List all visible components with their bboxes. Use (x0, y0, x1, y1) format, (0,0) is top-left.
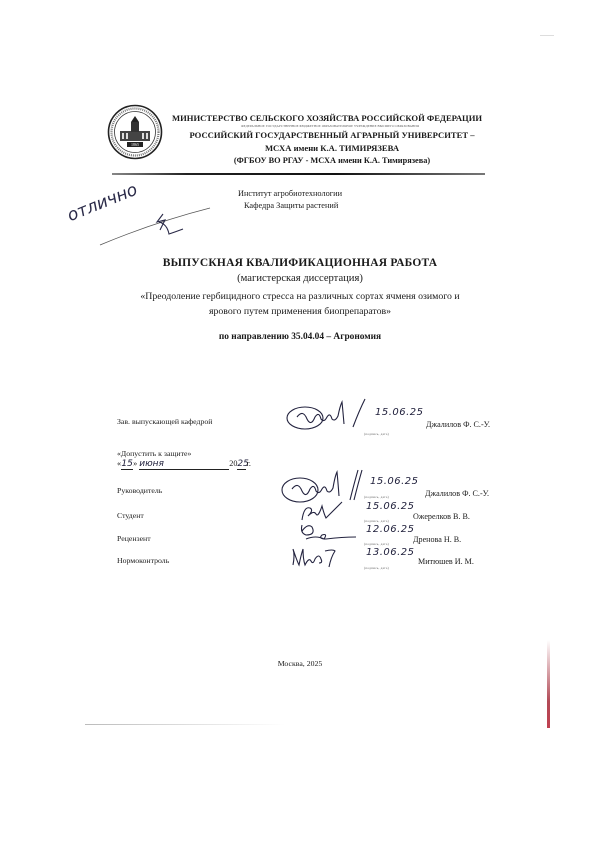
admit-day: 15 (121, 459, 133, 470)
admit-year-prefix: 20 (229, 459, 237, 468)
reviewer-name: Дренова Н. В. (413, 535, 461, 544)
scan-edge-mark (547, 640, 550, 728)
head-signature-date: 15.06.25 (375, 407, 424, 418)
ministry-name: МИНИСТЕРСТВО СЕЛЬСКОГО ХОЗЯЙСТВА РОССИЙС… (172, 113, 492, 123)
norm-control-name: Митюшев И. М. (418, 557, 474, 566)
norm-control-label: Нормоконтроль (117, 556, 169, 565)
reviewer-label: Рецензент (117, 534, 151, 543)
supervisor-label: Руководитель (117, 486, 162, 495)
grade-signature-icon (95, 200, 215, 250)
student-signature-caption: (подпись, дата) (364, 519, 389, 523)
scan-edge-line (85, 724, 285, 725)
institution-type: ФЕДЕРАЛЬНОЕ ГОСУДАРСТВЕННОЕ БЮДЖЕТНОЕ ОБ… (180, 124, 480, 128)
work-topic: «Преодоление гербицидного стресса на раз… (100, 289, 500, 319)
reviewer-signature-date: 12.06.25 (366, 524, 415, 535)
university-emblem-icon: 1865 (107, 104, 163, 160)
department-name: Кафедра Защиты растений (244, 201, 338, 210)
topic-line-1: «Преодоление гербицидного стресса на раз… (100, 289, 500, 304)
university-short-name: (ФГБОУ ВО РГАУ - МСХА имени К.А. Тимиряз… (172, 156, 492, 165)
topic-line-2: ярового путем применения биопрепаратов» (100, 304, 500, 319)
university-name: РОССИЙСКИЙ ГОСУДАРСТВЕННЫЙ АГРАРНЫЙ УНИВ… (172, 130, 492, 140)
supervisor-signature-caption: (подпись, дата) (364, 495, 389, 499)
head-signature-icon (283, 397, 378, 437)
logo-year: 1865 (131, 142, 139, 147)
work-title: ВЫПУСКНАЯ КВАЛИФИКАЦИОННАЯ РАБОТА (100, 257, 500, 269)
norm-control-signature-icon (289, 543, 339, 571)
reviewer-signature-caption: (подпись, дата) (364, 542, 389, 546)
reviewer-signature-icon (294, 521, 364, 545)
student-label: Студент (117, 511, 144, 520)
head-signature-caption: (подпись, дата) (364, 432, 389, 436)
study-direction: по направлению 35.04.04 – Агрономия (100, 332, 500, 342)
norm-control-signature-date: 13.06.25 (366, 547, 415, 558)
city-year: Москва, 2025 (200, 659, 400, 668)
student-name: Ожерелков В. В. (413, 512, 470, 521)
head-name: Джалилов Ф. С.-У. (426, 420, 490, 429)
admit-month: июня (139, 459, 229, 470)
head-of-department-label: Зав. выпускающей кафедрой (117, 417, 212, 426)
institute-name: Институт агробиотехнологии (238, 189, 342, 198)
norm-control-signature-caption: (подпись, дата) (364, 566, 389, 570)
scan-top-edge (540, 35, 554, 36)
supervisor-name: Джалилов Ф. С.-У. (425, 489, 489, 498)
admit-year-end: г. (246, 459, 250, 468)
student-signature-date: 15.06.25 (366, 501, 415, 512)
admit-to-defense-date: «15» июня2025г. (117, 459, 251, 470)
university-name-line2: МСХА имени К.А. ТИМИРЯЗЕВА (172, 143, 492, 153)
supervisor-signature-date: 15.06.25 (370, 476, 419, 487)
work-type: (магистерская диссертация) (100, 273, 500, 284)
admit-to-defense-label: «Допустить к защите» (117, 449, 191, 458)
header-divider (112, 173, 485, 175)
